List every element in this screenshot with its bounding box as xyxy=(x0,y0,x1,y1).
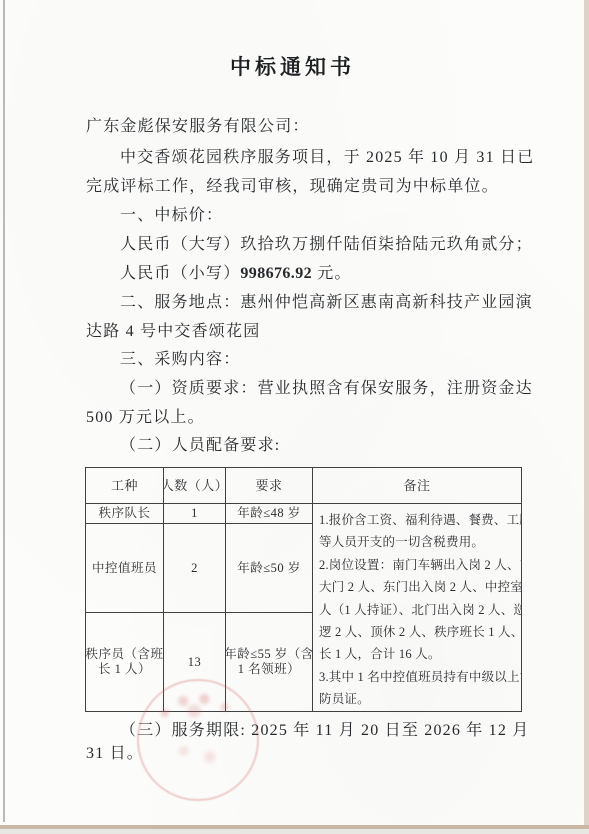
table-header-requirement: 要求 xyxy=(226,468,313,504)
remark-line: 长 1 人，合计 16 人。 xyxy=(319,643,517,665)
section-2-heading: 二、服务地点：惠州仲恺高新区惠南高新科技产业园演 xyxy=(120,293,533,312)
table-cell-count: 2 xyxy=(164,524,226,613)
table-cell-count: 1 xyxy=(164,504,226,524)
remark-line: 1.报价含工资、福利待遇、餐费、工服 xyxy=(319,509,517,531)
scan-edge-left xyxy=(3,0,5,822)
service-period-line: （三）服务期限: 2025 年 11 月 20 日至 2026 年 12 月 xyxy=(120,721,529,740)
section-1-heading: 一、中标价： xyxy=(120,206,223,225)
table-cell-count: 13 xyxy=(164,613,226,711)
body-line: 中交香颂花园秩序服务项目，于 2025 年 10 月 31 日已 xyxy=(120,148,534,167)
remark-line: 3.其中 1 名中控值班员持有中级以上消 xyxy=(319,666,517,688)
remark-line: 防员证。 xyxy=(319,688,517,710)
remark-line: 2.岗位设置：南门车辆出入岗 2 人、南 xyxy=(319,554,517,576)
recipient-line: 广东金彪保安服务有限公司： xyxy=(86,117,310,136)
service-period-line-2: 31 日。 xyxy=(86,744,144,763)
price-prefix: 人民币（小写） xyxy=(120,265,240,282)
body-line: 500 万元以上。 xyxy=(86,408,205,427)
remark-line: 人（1 人持证）、北门出入岗 2 人、巡 xyxy=(319,599,517,621)
table-cell-job: 秩序队长 xyxy=(86,504,164,524)
scan-background-bottom xyxy=(0,829,589,834)
table-cell-remark: 1.报价含工资、福利待遇、餐费、工服 等人员开支的一切含税费用。 2.岗位设置：… xyxy=(313,504,521,711)
table-header-remark: 备注 xyxy=(313,468,521,504)
table-cell-job: 秩序员（含班长 1 人） xyxy=(86,613,164,711)
table-cell-job: 中控值班员 xyxy=(86,524,164,613)
body-line: 达路 4 号中交香颂花园 xyxy=(86,322,260,341)
table-cell-requirement: 年龄≤48 岁 xyxy=(226,504,313,524)
price-suffix: 元。 xyxy=(312,265,352,282)
document-title: 中标通知书 xyxy=(0,51,585,81)
table-header-job: 工种 xyxy=(86,468,164,504)
table-cell-requirement: 年龄≤50 岁 xyxy=(226,524,313,613)
body-line: 完成评标工作，经我司审核，现确定贵司为中标单位。 xyxy=(86,177,499,196)
price-words-line: 人民币（大写）玖拾玖万捌仟陆佰柒拾陆元玖角贰分； xyxy=(120,235,533,254)
personnel-requirements-table: 工种 人数（人） 要求 备注 秩序队长 1 年龄≤48 岁 1.报价含工资、福利… xyxy=(85,467,522,712)
price-amount: 998676.92 xyxy=(240,265,312,282)
remark-line: 逻 2 人、顶休 2 人、秩序班长 1 人、队 xyxy=(319,621,517,643)
scanned-document-page: { "document": { "title": "中标通知书", "recip… xyxy=(0,0,589,834)
remark-line: 等人员开支的一切含税费用。 xyxy=(319,531,517,553)
body-line: （二）人员配备要求: xyxy=(120,436,280,455)
body-line: （一）资质要求：营业执照含有保安服务，注册资金达 xyxy=(120,379,533,398)
table-cell-requirement: 年龄≤55 岁（含1 名领班） xyxy=(226,613,313,711)
price-numeric-line: 人民币（小写）998676.92 元。 xyxy=(120,264,352,283)
remark-line: 大门 2 人、东门出入岗 2 人、中控室 2 xyxy=(319,576,517,598)
table-header-count: 人数（人） xyxy=(164,468,226,504)
scan-edge-right xyxy=(584,0,589,834)
section-3-heading: 三、采购内容： xyxy=(120,350,240,369)
